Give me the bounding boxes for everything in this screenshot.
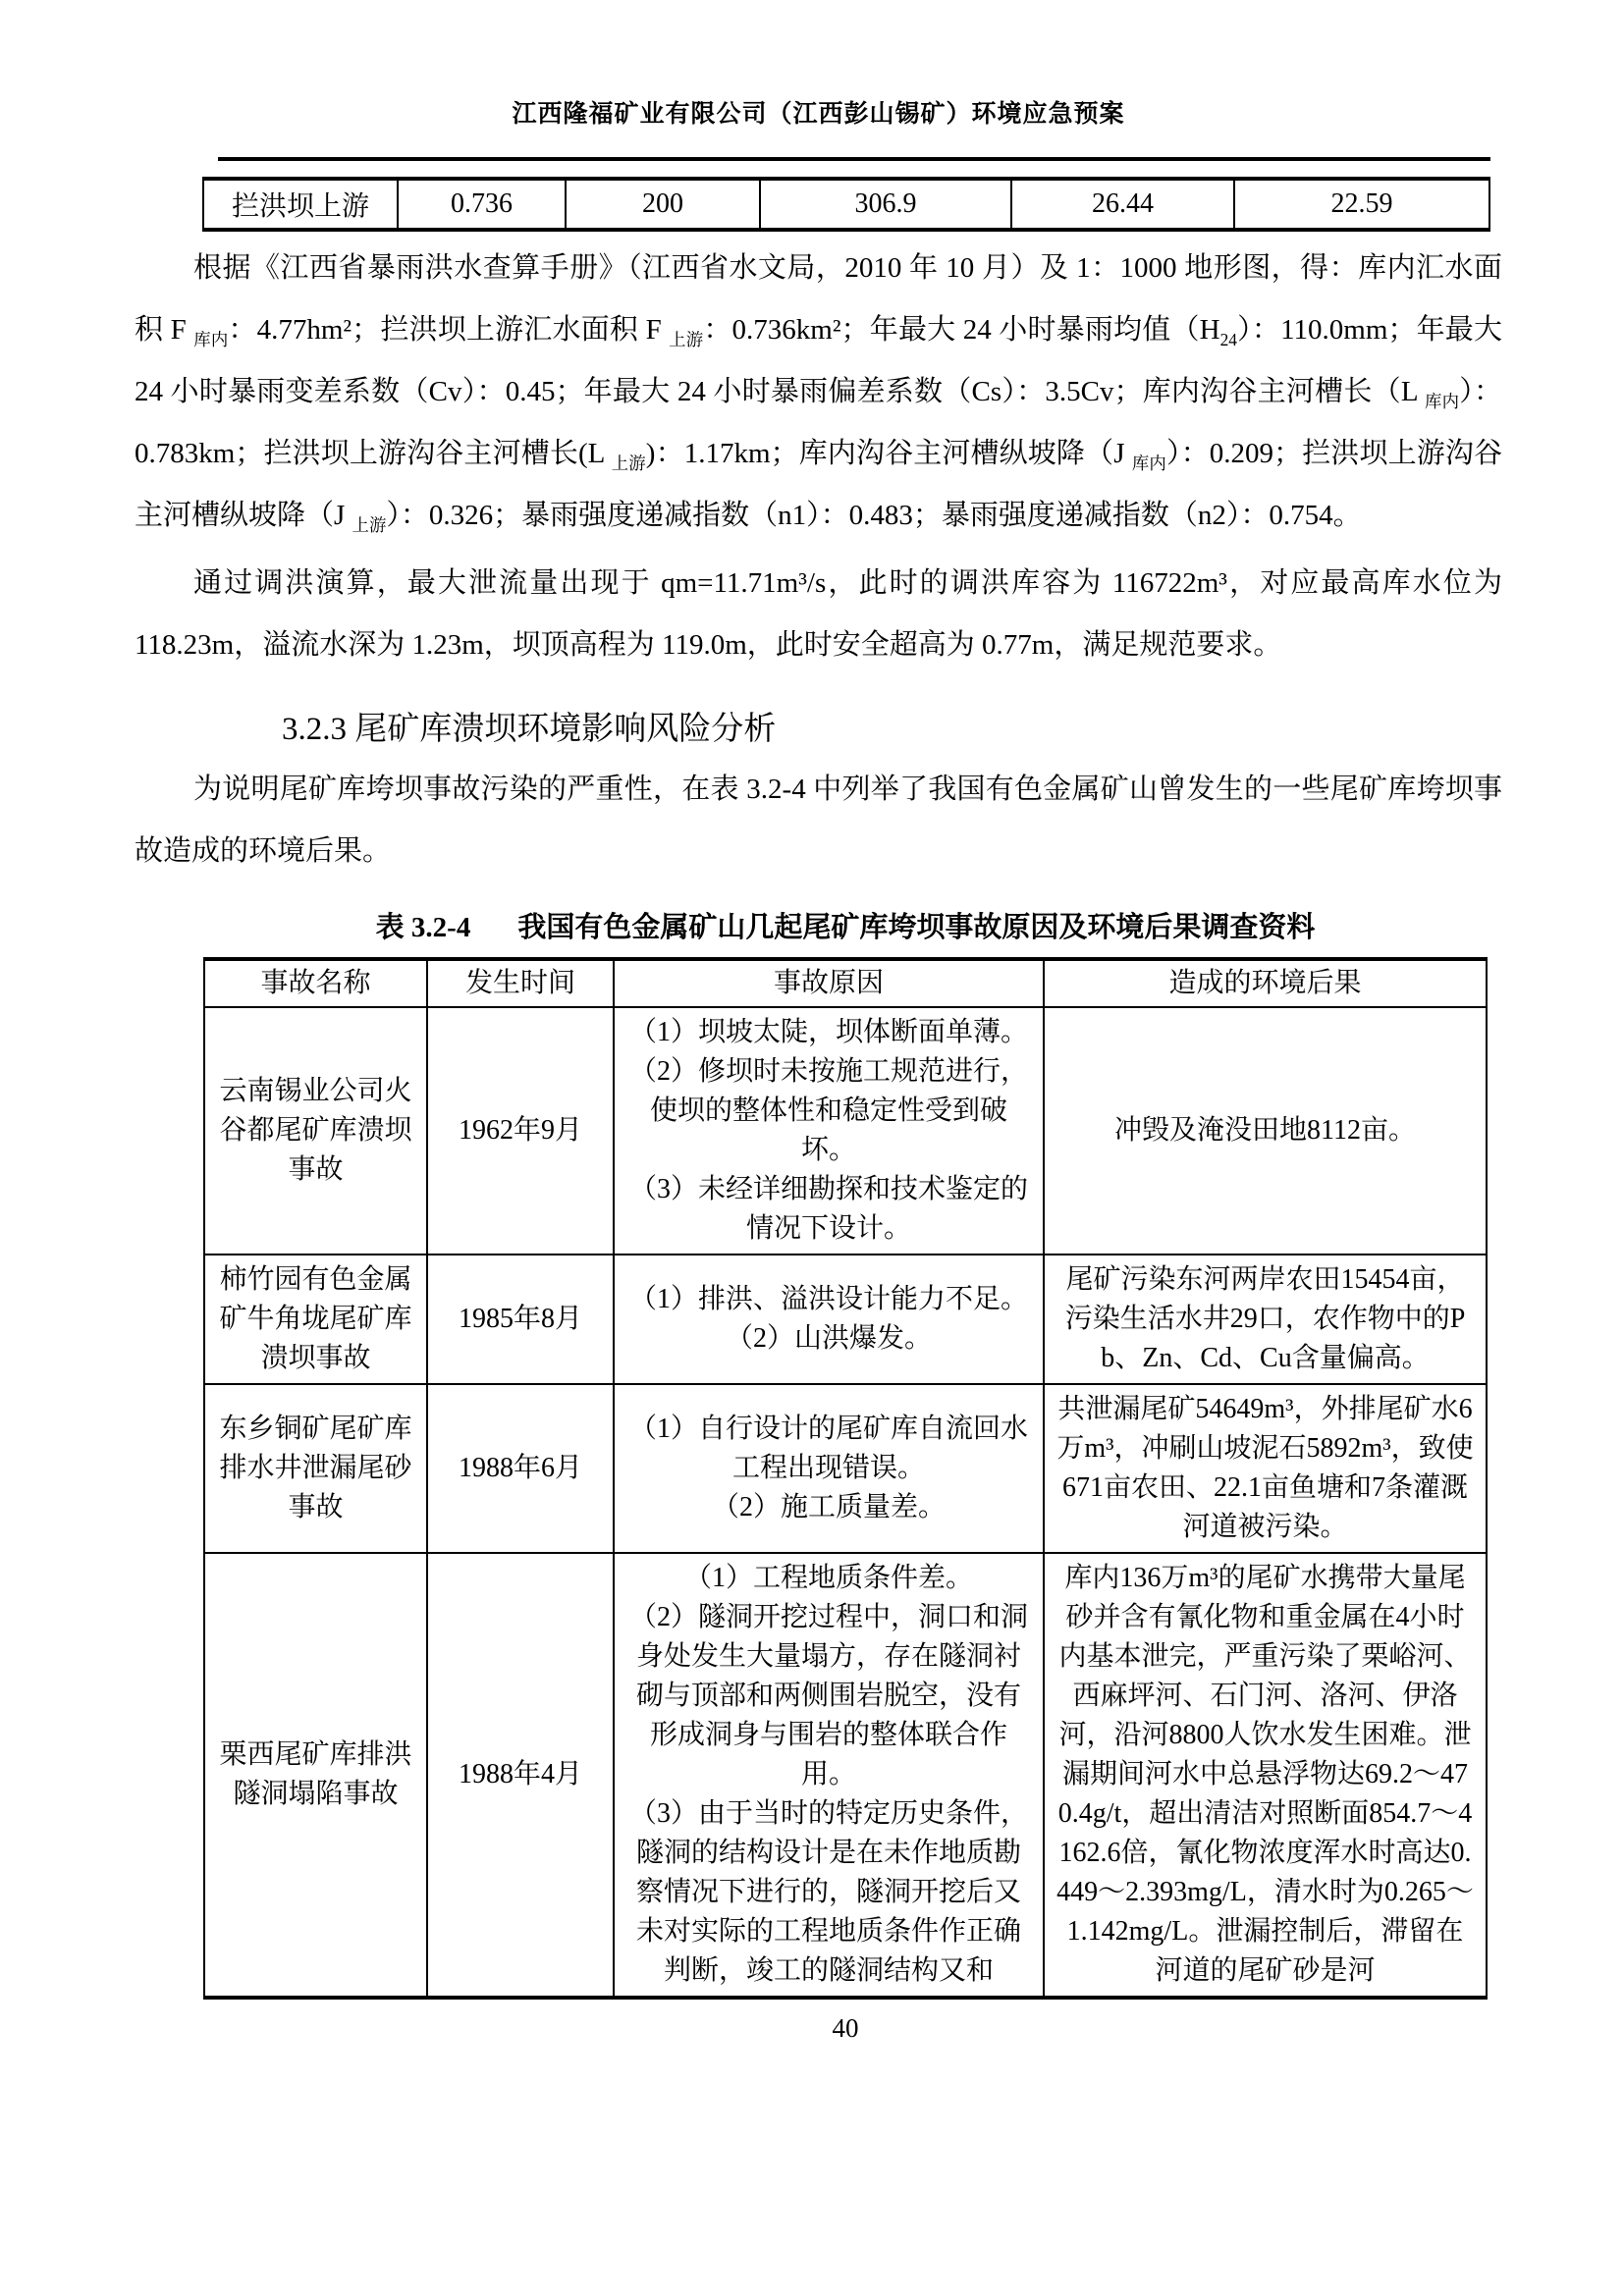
cell-accident-causes: （1）自行设计的尾矿库自流回水工程出现错误。（2）施工质量差。	[614, 1384, 1044, 1553]
flood-cell-value-2: 200	[566, 179, 760, 230]
cell-accident-causes: （1）工程地质条件差。（2）隧洞开挖过程中，洞口和洞身处发生大量塌方，存在隧洞衬…	[614, 1553, 1044, 1998]
section-heading: 3.2.3 尾矿库溃坝环境影响风险分析	[282, 706, 1502, 753]
accident-table-header-row: 事故名称 发生时间 事故原因 造成的环境后果	[204, 959, 1487, 1007]
page-number: 40	[202, 2011, 1489, 2045]
table-caption-label: 表 3.2-4	[376, 908, 471, 947]
paragraph-table-intro: 为说明尾矿库垮坝事故污染的严重性，在表 3.2-4 中列举了我国有色金属矿山曾发…	[135, 759, 1502, 882]
accident-table: 事故名称 发生时间 事故原因 造成的环境后果 云南锡业公司火谷都尾矿库溃坝事故 …	[203, 957, 1488, 2000]
cell-accident-name: 栗西尾矿库排洪隧洞塌陷事故	[204, 1553, 427, 1998]
table-row-dongxiang: 东乡铜矿尾矿库排水井泄漏尾砂事故 1988年6月 （1）自行设计的尾矿库自流回水…	[204, 1384, 1487, 1553]
flood-cell-value-1: 0.736	[398, 179, 566, 230]
table-caption-title: 我国有色金属矿山几起尾矿库垮坝事故原因及环境后果调查资料	[517, 908, 1315, 947]
cell-accident-date: 1988年6月	[427, 1384, 614, 1553]
cell-accident-consequence: 共泄漏尾矿54649m³，外排尾矿水6万m³，冲刷山坡泥石5892m³，致使67…	[1044, 1384, 1487, 1553]
table-row-lixi: 栗西尾矿库排洪隧洞塌陷事故 1988年4月 （1）工程地质条件差。（2）隧洞开挖…	[204, 1553, 1487, 1998]
cell-accident-date: 1985年8月	[427, 1255, 614, 1384]
column-header-date: 发生时间	[427, 959, 614, 1007]
cell-accident-causes: （1）排洪、溢洪设计能力不足。（2）山洪爆发。	[614, 1255, 1044, 1384]
column-header-accident-name: 事故名称	[204, 959, 427, 1007]
paragraph-flood-routing: 通过调洪演算，最大泄流量出现于 qm=11.71m³/s，此时的调洪库容为 11…	[135, 553, 1502, 676]
cell-accident-name: 柿竹园有色金属矿牛角垅尾矿库溃坝事故	[204, 1255, 427, 1384]
flood-cell-value-4: 26.44	[1011, 179, 1234, 230]
document-page: 江西隆福矿业有限公司（江西彭山锡矿）环境应急预案 拦洪坝上游 0.736 200…	[0, 0, 1624, 2296]
cell-accident-consequence: 尾矿污染东河两岸农田15454亩，污染生活水井29口，农作物中的Pb、Zn、Cd…	[1044, 1255, 1487, 1384]
cell-accident-consequence: 冲毁及淹没田地8112亩。	[1044, 1007, 1487, 1255]
table-row-shizhuyuan: 柿竹园有色金属矿牛角垅尾矿库溃坝事故 1985年8月 （1）排洪、溢洪设计能力不…	[204, 1255, 1487, 1384]
cell-accident-date: 1962年9月	[427, 1007, 614, 1255]
cell-accident-date: 1988年4月	[427, 1553, 614, 1998]
cell-accident-consequence: 库内136万m³的尾矿水携带大量尾砂并含有氰化物和重金属在4小时内基本泄完，严重…	[1044, 1553, 1487, 1998]
column-header-consequence: 造成的环境后果	[1044, 959, 1487, 1007]
table-row-yunnan: 云南锡业公司火谷都尾矿库溃坝事故 1962年9月 （1）坝坡太陡，坝体断面单薄。…	[204, 1007, 1487, 1255]
flood-cell-value-3: 306.9	[760, 179, 1011, 230]
cell-accident-name: 东乡铜矿尾矿库排水井泄漏尾砂事故	[204, 1384, 427, 1553]
document-header-title: 江西隆福矿业有限公司（江西彭山锡矿）环境应急预案	[135, 98, 1502, 132]
flood-calc-table: 拦洪坝上游 0.736 200 306.9 26.44 22.59	[202, 177, 1490, 232]
flood-table-row: 拦洪坝上游 0.736 200 306.9 26.44 22.59	[203, 179, 1489, 230]
flood-cell-value-5: 22.59	[1234, 179, 1489, 230]
flood-cell-label: 拦洪坝上游	[203, 179, 398, 230]
column-header-cause: 事故原因	[614, 959, 1044, 1007]
table-caption: 表 3.2-4 我国有色金属矿山几起尾矿库垮坝事故原因及环境后果调查资料	[202, 908, 1489, 947]
cell-accident-name: 云南锡业公司火谷都尾矿库溃坝事故	[204, 1007, 427, 1255]
paragraph-hydrology: 根据《江西省暴雨洪水查算手册》（江西省水文局，2010 年 10 月）及 1：1…	[135, 238, 1502, 547]
header-divider	[218, 157, 1490, 161]
cell-accident-causes: （1）坝坡太陡，坝体断面单薄。（2）修坝时未按施工规范进行，使坝的整体性和稳定性…	[614, 1007, 1044, 1255]
